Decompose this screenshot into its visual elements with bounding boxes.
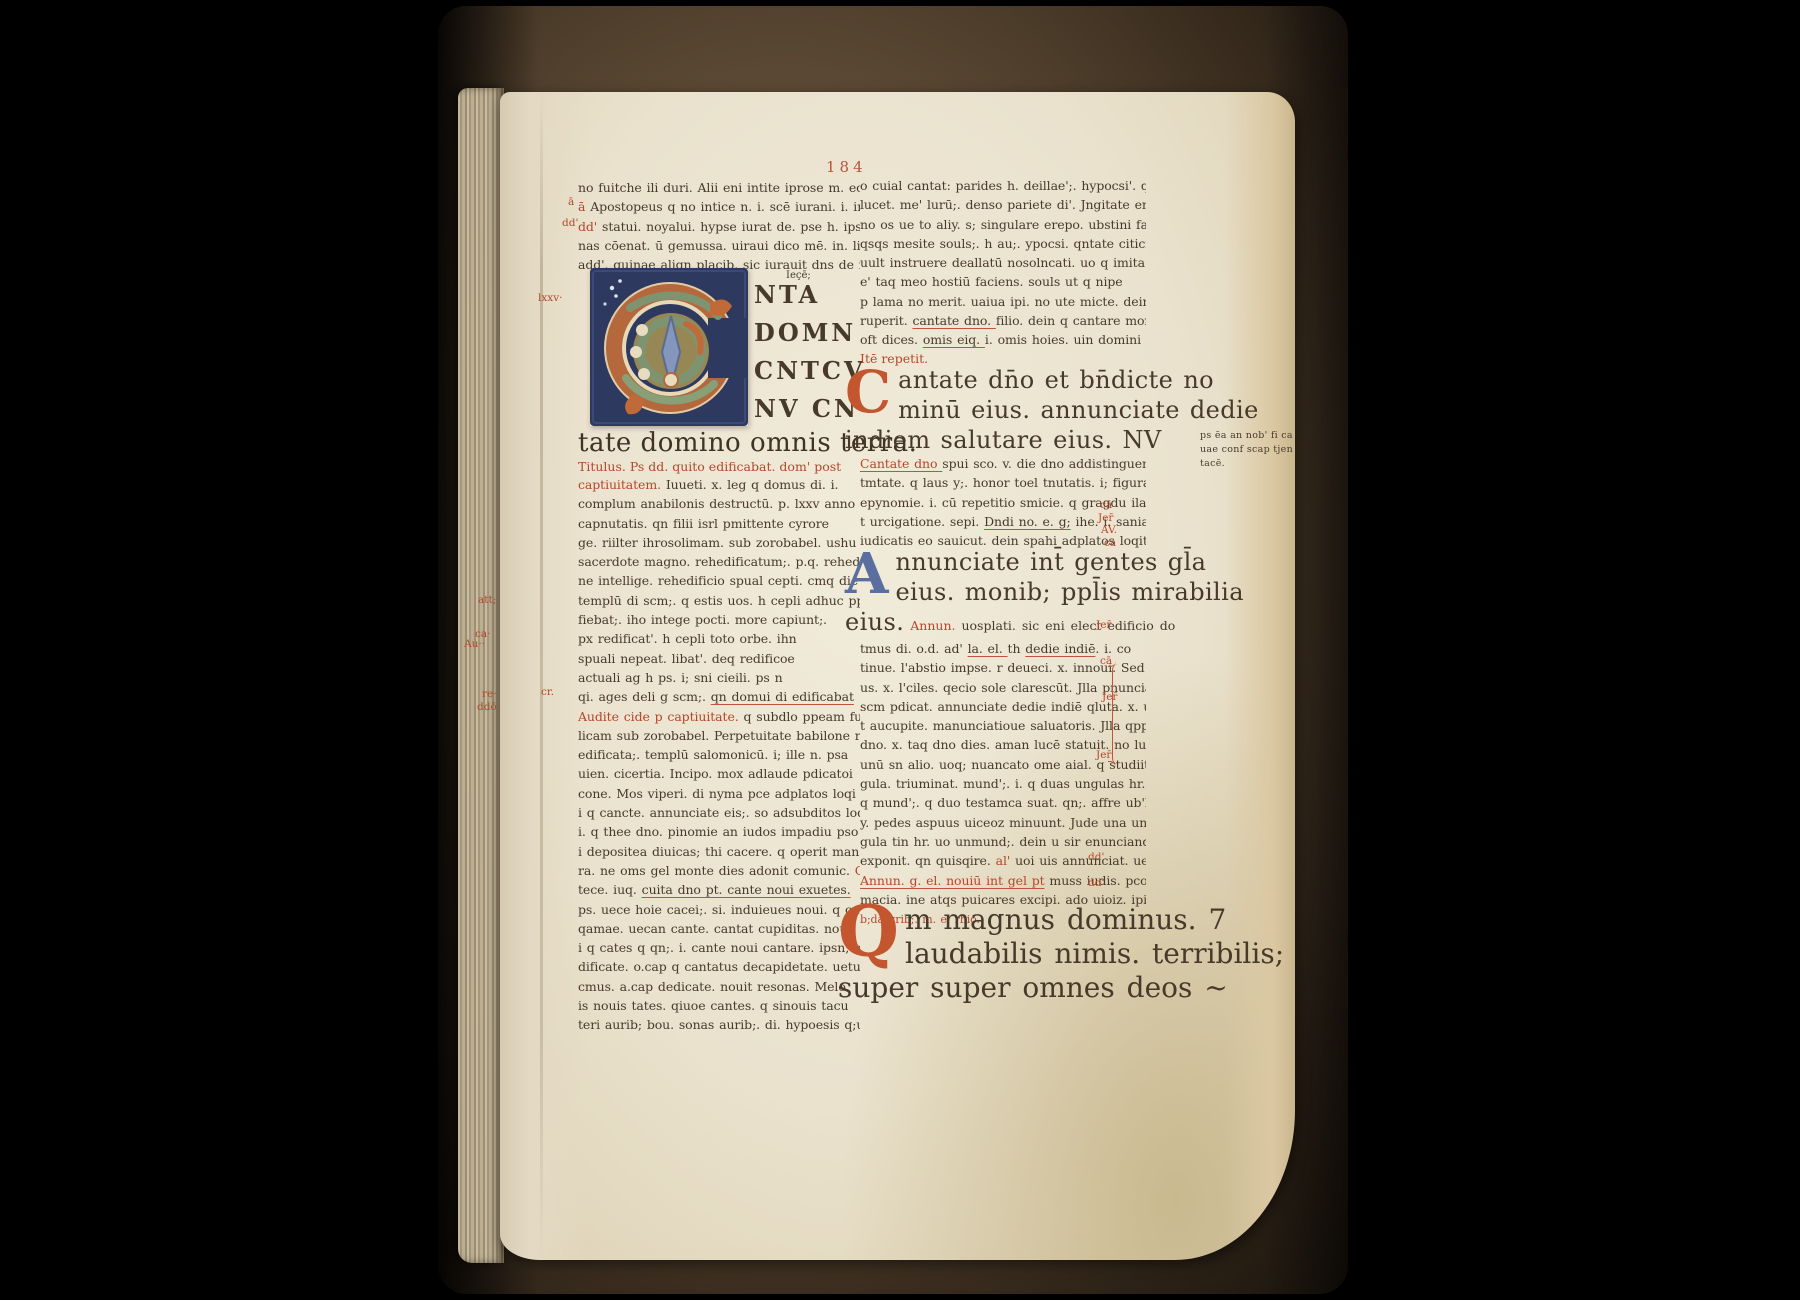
text-line: uien. cicertia. Incipo. mox adlaude pdic…	[578, 766, 860, 785]
text-line: ruperit. cantate dno. filio. dein q cant…	[860, 313, 1146, 332]
margin-citation: ca	[1104, 537, 1116, 549]
text-line: tmtate. q laus y;. honor toel tnutatis. …	[860, 475, 1146, 494]
text-line: spuali nepeat. libat'. deq redificoe	[578, 651, 860, 670]
psalm-verse-quoniam: Q m magnus dominus. 7laudabilis nimis. t…	[838, 903, 1158, 1005]
text-line: ge. riilter ihrosolimam. sub zorobabel. …	[578, 535, 860, 554]
text-line: gula. triuminat. mund';. i. q duas ungul…	[860, 776, 1146, 795]
text-line: tece. iuq. cuita dno pt. cante noui exue…	[578, 882, 860, 901]
text-line: ra. ne oms gel monte dies adonit comunic…	[578, 863, 860, 882]
initial-c-artwork	[590, 268, 748, 426]
text-line: is nouis tates. qiuoe cantes. q sinouis …	[578, 998, 860, 1017]
text-line: indiem salutare eius. NV	[845, 426, 1145, 456]
text-line: o cuial cantat: parides h. deillae';. hy…	[860, 178, 1146, 197]
left-column-commentary: captiuitatem. Iuueti. x. leg q domus di.…	[578, 477, 860, 1037]
margin-citation: Au··	[464, 638, 485, 650]
margin-citation: dd'	[1088, 851, 1104, 863]
margin-citation: Jer̄	[1096, 749, 1111, 761]
citation-bracket	[1112, 664, 1122, 764]
margin-citation: ddō	[477, 701, 497, 713]
text-line: teri aurib; bou. sonas aurib;. di. hypoe…	[578, 1017, 860, 1036]
text-line: nas cōenat. ū gemussa. uiraui dico mē. i…	[578, 238, 860, 257]
text-line: px redificat'. h cepli toto orbe. ihn	[578, 631, 860, 650]
text-line: e' taq meo hostiū faciens. souls ut q ni…	[860, 274, 1146, 293]
text-line: qi. ages deli g scm;. qn domui di edific…	[578, 689, 860, 708]
margin-citation: lxxv·	[538, 292, 562, 304]
margin-citation: Jer̄	[1098, 512, 1113, 524]
text-line: i depositea diuicas; thi cacere. q operi…	[578, 844, 860, 863]
text-line: no fuitche ili duri. Alii eni intite ipr…	[578, 180, 860, 199]
text-line: tacē.	[1200, 458, 1293, 472]
illuminated-initial-c	[590, 268, 748, 426]
text-line: y. pedes aspuus uiceoz minuunt. Jude una…	[860, 815, 1146, 834]
text-line: super super omnes deos ~	[838, 971, 1158, 1005]
text-line: uult instruere deallatū nosolncati. uo q…	[860, 255, 1146, 274]
text-line: i q cancte. annunciate eis;. so adsubdit…	[578, 805, 860, 824]
text-line: DOMN	[754, 318, 866, 356]
text-line: edificata;. templū salomonicū. i; ille n…	[578, 747, 860, 766]
margin-citation: cā	[1100, 499, 1112, 511]
margin-citation: Jer̄	[1096, 619, 1111, 631]
margin-citation: ā	[568, 196, 574, 208]
text-line: captiuitatem. Iuueti. x. leg q domus di.…	[578, 477, 860, 496]
text-line: q mund';. q duo testamca suat. qn;. affr…	[860, 795, 1146, 814]
text-line: oft dices. omis eiq. i. omis hoies. uin …	[860, 332, 1146, 351]
text-line: complum anabilonis destructū. p. lxxv an…	[578, 496, 860, 515]
text-line: licam sub zorobabel. Perpetuitate babilo…	[578, 728, 860, 747]
manuscript-scan: 184 no fuitche ili duri. Alii eni intite…	[0, 0, 1800, 1300]
text-line: cone. Mos viperi. di nyma pce adplatos l…	[578, 786, 860, 805]
text-line: t aucupite. manunciatioue saluatoris. Jl…	[860, 718, 1146, 737]
margin-citation: AV.	[1101, 524, 1117, 536]
text-line: cmus. a.cap dedicate. nouit resonas. Mel…	[578, 979, 860, 998]
text-line: Audite cide p captiuitate. q subdlo ppea…	[578, 709, 860, 728]
text-line: qsqs mesite souls;. h au;. ypocsi. qntat…	[860, 236, 1146, 255]
margin-citation: att;	[478, 594, 496, 606]
text-line: qamae. uecan cante. cantat cupiditas. no…	[578, 921, 860, 940]
psalm-verse-cantate: C antate dn̄o et bn̄dicte nominū eius. a…	[845, 366, 1145, 456]
text-line: ps ēa an nob' fi ca	[1200, 430, 1293, 444]
text-line: Cantate dno spui sco. v. die dno addisti…	[860, 456, 1146, 475]
titulus-rubric: Titulus. Ps dd. quito edificabat. dom' p…	[578, 459, 841, 474]
text-line: actuali ag h ps. i; sni cieili. ps n	[578, 670, 860, 689]
text-line: eius. monib; ppl̄is mirabilia	[845, 578, 1145, 608]
text-line: dificate. o.cap q cantatus decapidetate.…	[578, 959, 860, 978]
text-line: uae conf scap tjen	[1200, 444, 1293, 458]
text-line: nnunciate int̄ gentes gl̄a	[845, 548, 1145, 578]
text-line: capnutatis. qn filii isrl pmittente cyro…	[578, 516, 860, 535]
text-line: fiebat;. iho intege pocti. more capiunt;…	[578, 612, 860, 631]
text-line: templū di scm;. q estis uos. h cepli adh…	[578, 593, 860, 612]
initial-c-red: C	[845, 366, 891, 424]
initial-q-red: Q	[838, 903, 899, 943]
book-gutter-page-edges	[458, 88, 504, 1263]
margin-citation: dd'	[1088, 877, 1104, 889]
text-line: ps. uece hoie cacei;. si. induieues noui…	[578, 902, 860, 921]
text-line: sacerdote magno. rehedificatum;. p.q. re…	[578, 554, 860, 573]
left-column-top-text: no fuitche ili duri. Alii eni intite ipr…	[578, 180, 860, 276]
right-column-top-text: o cuial cantat: parides h. deillae';. hy…	[860, 178, 1146, 352]
text-line: i. q thee dno. pinomie an iudos impadiu …	[578, 824, 860, 843]
text-line: p lama no merit. uaiua ipi. no ute micte…	[860, 294, 1146, 313]
text-line: i q cates q qn;. i. cante noui cantare. …	[578, 940, 860, 959]
margin-citation: dd'	[562, 217, 578, 229]
text-line: no os ue to aliy. s; singulare erepo. ub…	[860, 217, 1146, 236]
text-line: dd' statui. noyalui. hypse iurat de. pse…	[578, 219, 860, 238]
far-right-margin-gloss: ps ēa an nob' fi cauae conf scap tjentac…	[1200, 430, 1293, 472]
text-line: NTA	[754, 280, 866, 318]
initial-a-blue: A	[845, 548, 888, 606]
text-line: lucet. me' lurū;. denso pariete di'. Jng…	[860, 197, 1146, 216]
margin-citation: re·	[482, 688, 497, 700]
folio-number: 184	[826, 158, 867, 176]
text-line: ā Apostopeus q no intice n. i. scē iuran…	[578, 199, 860, 218]
margin-citation: cr.	[541, 686, 554, 698]
text-line: ne intellige. rehedificio spual cepti. c…	[578, 573, 860, 592]
